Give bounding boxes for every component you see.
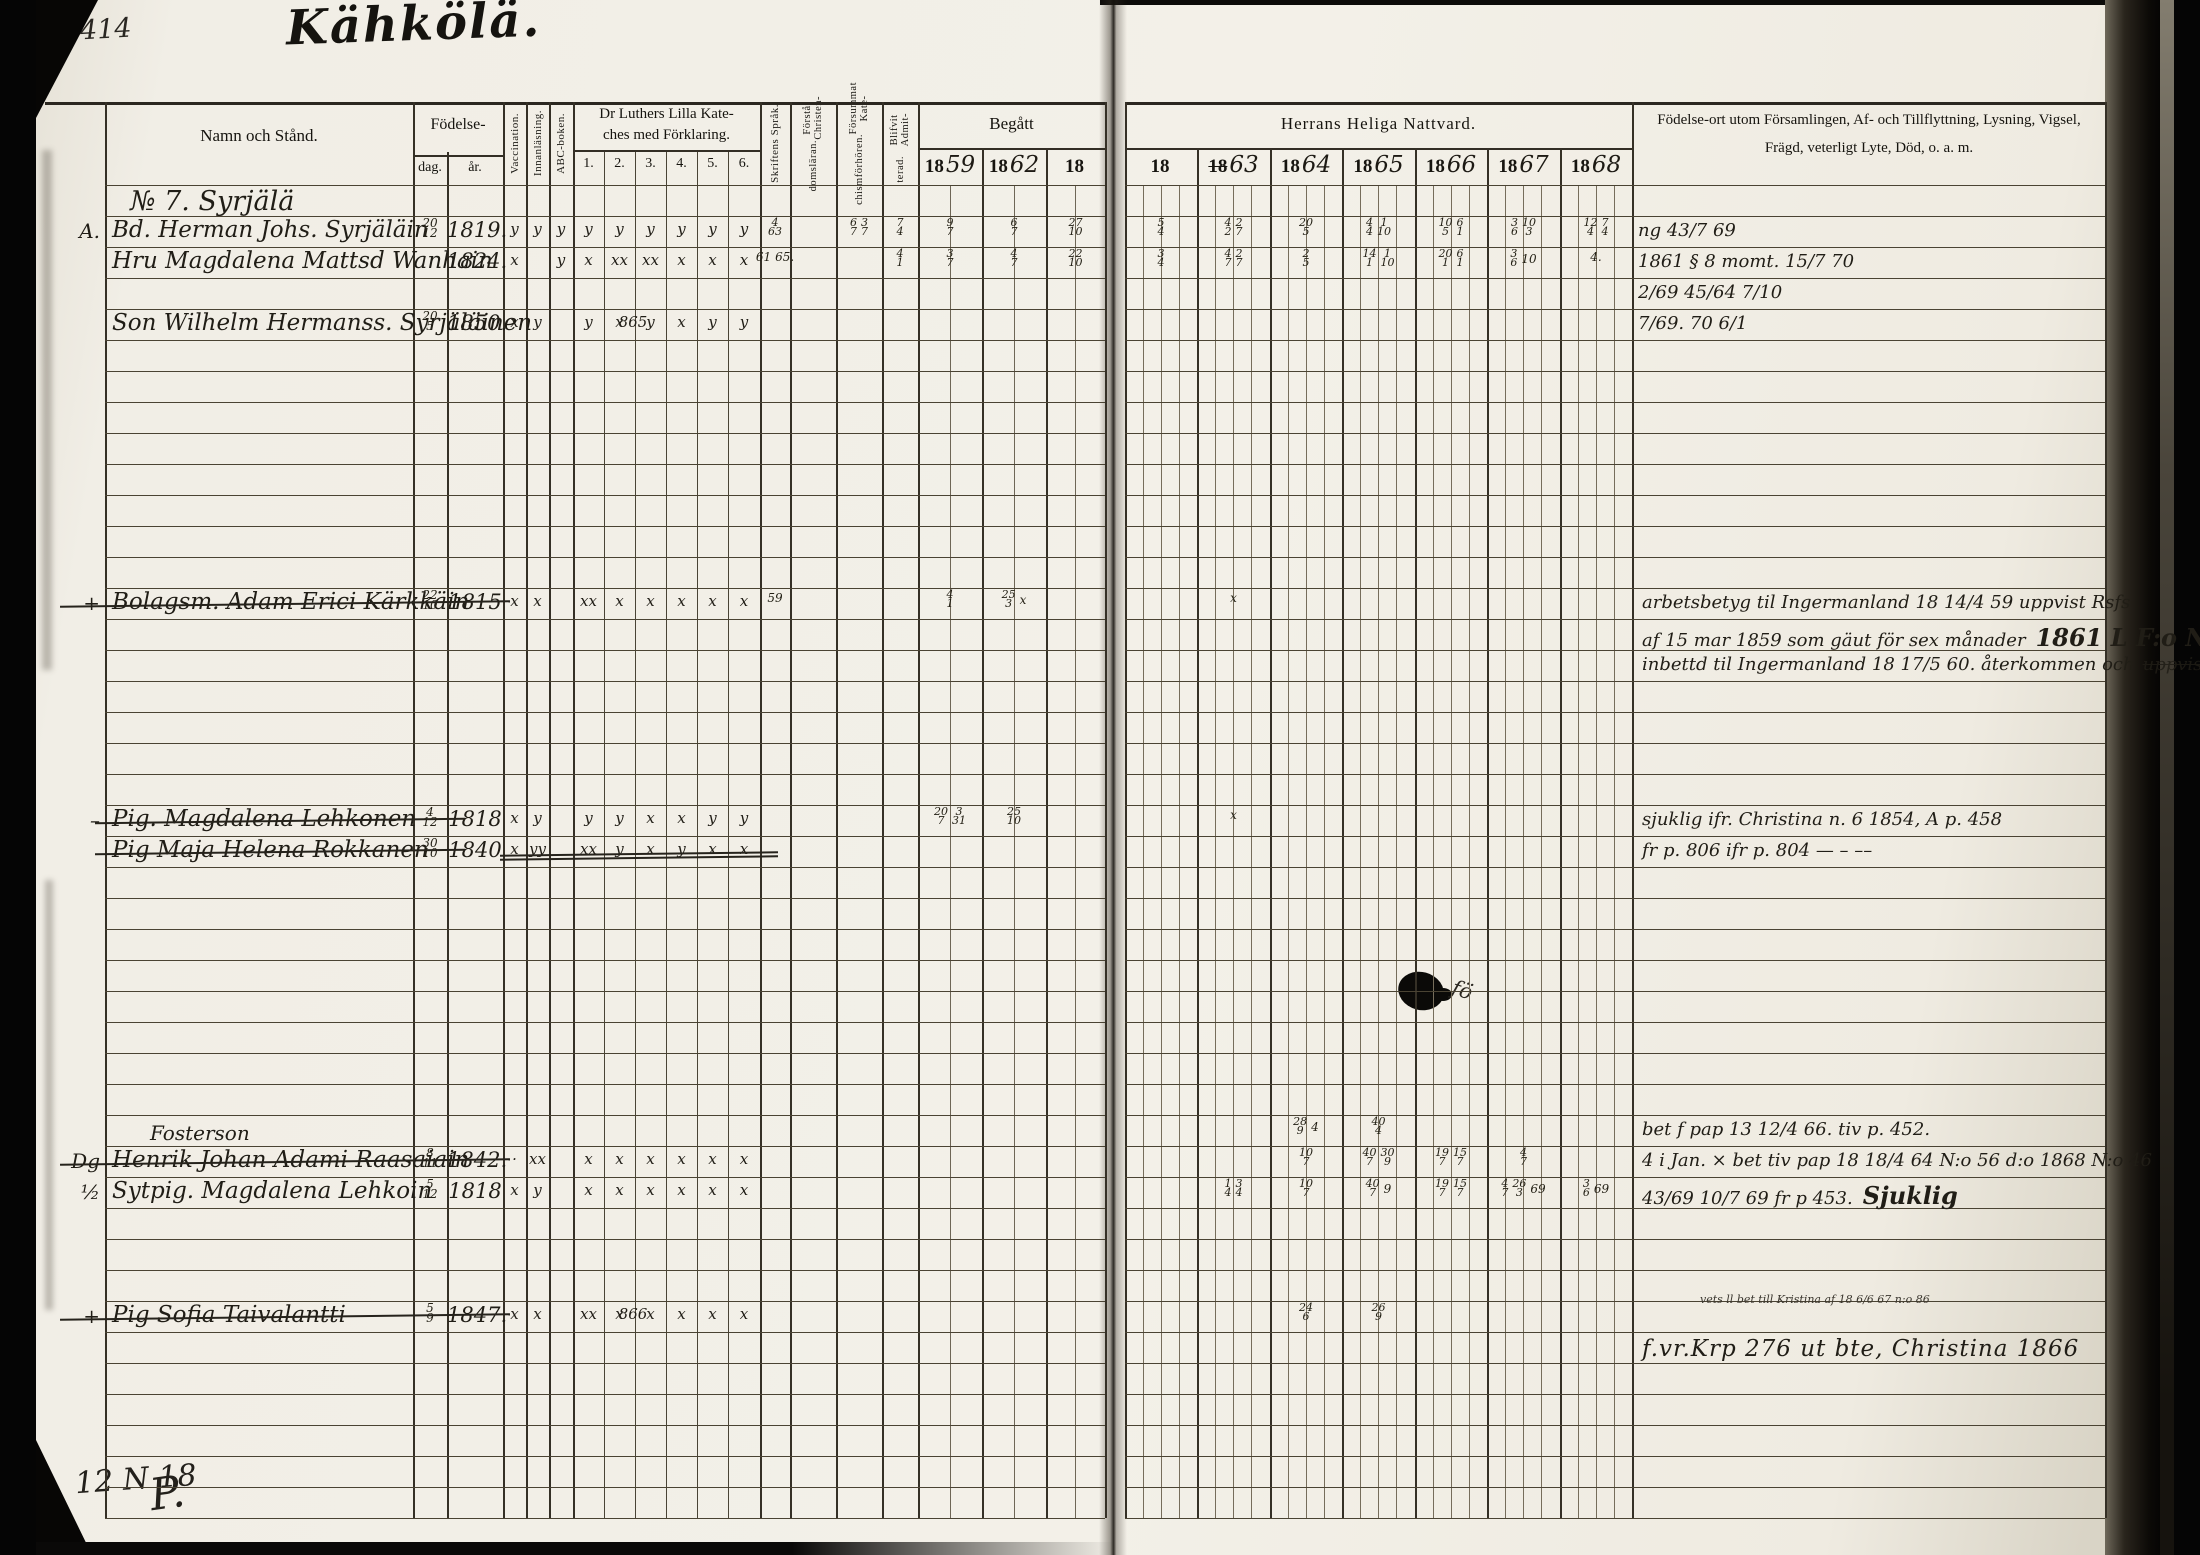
grid-line-horizontal bbox=[105, 1208, 1105, 1209]
entry-birth-year: 1818 bbox=[447, 1179, 503, 1203]
grid-line-vertical bbox=[1046, 148, 1048, 1518]
entry-note: af 15 mar 1859 som gäut för sex månader1… bbox=[1642, 623, 2102, 652]
grid-line-horizontal bbox=[1125, 805, 2105, 806]
entry-mark: y bbox=[526, 220, 549, 238]
entry-begatt: 2710 bbox=[1046, 219, 1105, 237]
entry-mark: x bbox=[604, 1150, 635, 1168]
grid-line-vertical bbox=[790, 102, 792, 1518]
nattvard-year-cell: 1863 bbox=[1197, 150, 1270, 184]
entry-mark: y bbox=[604, 220, 635, 238]
grid-line-horizontal bbox=[1125, 495, 2105, 496]
grid-line-horizontal bbox=[1125, 1146, 2105, 1147]
grid-line-horizontal bbox=[105, 1425, 1105, 1426]
entry-admitterad-note: 74 bbox=[882, 219, 918, 237]
entry-nattvard: 246 bbox=[1270, 1304, 1342, 1322]
column-header-skriftens-sprak: Skriftens Språk. bbox=[760, 104, 790, 183]
nattvard-year-cell: 1867 bbox=[1487, 150, 1560, 184]
grid-line-horizontal bbox=[105, 867, 1105, 868]
grid-line-horizontal bbox=[105, 402, 1105, 403]
grid-line-horizontal bbox=[105, 340, 1105, 341]
grid-line-horizontal bbox=[1125, 929, 2105, 930]
begatt-year-cell: 18 bbox=[1046, 150, 1105, 184]
entry-nattvard: 54 bbox=[1125, 219, 1197, 237]
entry-mark: y bbox=[503, 220, 526, 238]
year-handwritten: 65 bbox=[1374, 152, 1403, 178]
grid-line-horizontal bbox=[1125, 681, 2105, 682]
entry-nattvard: 4227 bbox=[1197, 219, 1270, 237]
entry-mark: x bbox=[666, 1305, 697, 1323]
grid-line-horizontal bbox=[105, 991, 1105, 992]
entry-note: sjuklig ifr. Christina n. 6 1854, A p. 4… bbox=[1642, 809, 2102, 830]
column-header-notes-line2: Frägd, veterligt Lyte, Död, o. a. m. bbox=[1640, 140, 2098, 157]
entry-mark: y bbox=[697, 220, 728, 238]
entry-begatt: 67 bbox=[982, 219, 1046, 237]
entry-mark: x bbox=[503, 1181, 526, 1199]
entry-mark: y bbox=[728, 809, 760, 827]
entry-nattvard: 36103 bbox=[1487, 219, 1560, 237]
grid-line-horizontal bbox=[105, 619, 1105, 620]
entry-mark: xx bbox=[573, 592, 604, 610]
column-header-forsummat-katechismforhoren: Försummat Kate-chismförhören. bbox=[836, 104, 882, 183]
entry-mark: x bbox=[503, 251, 526, 269]
entry-mark: y bbox=[526, 809, 549, 827]
grid-line-horizontal bbox=[1125, 371, 2105, 372]
grid-line-horizontal bbox=[105, 681, 1105, 682]
entry-begatt: 37 bbox=[918, 250, 982, 268]
column-header-vaccination: Vaccination. bbox=[503, 104, 526, 183]
grid-line-horizontal bbox=[1125, 898, 2105, 899]
grid-line-vertical bbox=[1075, 185, 1076, 1518]
page-edge-strip bbox=[2160, 0, 2174, 1555]
grid-line-vertical bbox=[1487, 148, 1489, 1518]
entry-mark: y bbox=[697, 313, 728, 331]
grid-line-horizontal bbox=[105, 712, 1105, 713]
entry-nattvard: 269 bbox=[1342, 1304, 1415, 1322]
grid-line-horizontal bbox=[1125, 1332, 2105, 1333]
entry-note: 2/69 45/64 7/10 bbox=[1638, 282, 2098, 303]
grid-line-vertical bbox=[1632, 102, 1634, 1518]
entry-mark: x bbox=[573, 1181, 604, 1199]
entry-admitterad-note: 41 bbox=[882, 250, 918, 268]
grid-line-horizontal bbox=[1125, 960, 2105, 961]
grid-line-horizontal bbox=[573, 150, 760, 152]
entry-mark: y bbox=[697, 809, 728, 827]
nattvard-year-cell: 1866 bbox=[1415, 150, 1487, 184]
grid-line-vertical bbox=[1161, 185, 1162, 1518]
entry-mark: x bbox=[573, 1150, 604, 1168]
entry-begatt: 207331 bbox=[918, 808, 982, 826]
grid-line-horizontal bbox=[105, 433, 1105, 434]
grid-line-horizontal bbox=[1125, 1270, 2105, 1271]
column-header-abc-boken: ABC-boken. bbox=[549, 104, 573, 183]
grid-line-horizontal bbox=[1125, 991, 2105, 992]
entry-mark: x bbox=[526, 1305, 549, 1323]
scan-bottom-edge bbox=[36, 1542, 1116, 1555]
entry-name: Sytpig. Magdalena Lehkoin bbox=[112, 1178, 432, 1204]
grid-line-horizontal bbox=[105, 1115, 1105, 1116]
year-handwritten: 67 bbox=[1519, 152, 1548, 178]
entry-birth-year: 1819. bbox=[447, 218, 503, 242]
year-printed: 18 bbox=[1571, 156, 1590, 178]
year-printed: 18 bbox=[1281, 156, 1300, 178]
year-printed: 18 bbox=[1065, 156, 1084, 178]
entry-name: Fosterson bbox=[150, 1121, 250, 1145]
entry-birth-year: 1850. bbox=[447, 311, 503, 335]
grid-line-vertical bbox=[1469, 185, 1470, 1518]
entry-mark: y bbox=[635, 220, 666, 238]
entry-mark: x bbox=[666, 313, 697, 331]
entry-begatt: 253x bbox=[982, 591, 1046, 609]
entry-mark: x bbox=[697, 1150, 728, 1168]
entry-mark: xx bbox=[635, 251, 666, 269]
entry-nattvard: x bbox=[1197, 808, 1270, 822]
entry-mark: x bbox=[697, 251, 728, 269]
kateches-subcol-5: 5. bbox=[697, 156, 728, 172]
entry-mark: x bbox=[604, 592, 635, 610]
entry-birth-day: 512 bbox=[413, 1180, 447, 1199]
entry-nattvard: 2894 bbox=[1270, 1118, 1342, 1136]
row-margin-mark: + bbox=[42, 591, 100, 615]
grid-line-horizontal bbox=[1125, 1084, 2105, 1085]
entry-nattvard: 1434 bbox=[1197, 1180, 1270, 1198]
entry-mark: x bbox=[635, 1181, 666, 1199]
entry-mark: y bbox=[549, 251, 573, 269]
grid-line-horizontal bbox=[1125, 1053, 2105, 1054]
entry-mark: y bbox=[666, 840, 697, 858]
row-margin-mark: – bbox=[42, 808, 100, 832]
entry-begatt: 2510 bbox=[982, 808, 1046, 826]
entry-mark: x bbox=[604, 1181, 635, 1199]
grid-line-horizontal bbox=[1125, 340, 2105, 341]
grid-line-vertical bbox=[1251, 185, 1252, 1518]
grid-line-vertical bbox=[1451, 185, 1452, 1518]
grid-line-horizontal bbox=[1125, 278, 2105, 279]
column-header-birth-day: dag. bbox=[413, 160, 447, 176]
begatt-year-cell: 1862 bbox=[982, 150, 1046, 184]
grid-line-horizontal bbox=[1125, 1394, 2105, 1395]
entry-mark: x bbox=[728, 1305, 760, 1323]
entry-begatt: 97 bbox=[918, 219, 982, 237]
grid-line-horizontal bbox=[1125, 464, 2105, 465]
entry-note: arbetsbetyg til Ingermanland 18 14/4 59 … bbox=[1642, 592, 2102, 613]
entry-mark: y bbox=[526, 313, 549, 331]
year-printed: 18 bbox=[925, 156, 944, 178]
entry-nattvard: 404 bbox=[1342, 1118, 1415, 1136]
grid-line-vertical bbox=[1541, 185, 1542, 1518]
grid-line-horizontal bbox=[1125, 1518, 2105, 1519]
begatt-year-cell: 1859 bbox=[918, 150, 982, 184]
grid-line-horizontal bbox=[1125, 1239, 2105, 1240]
entry-nattvard: 197157 bbox=[1415, 1180, 1487, 1198]
grid-line-horizontal bbox=[105, 650, 1105, 651]
grid-line-vertical bbox=[549, 102, 551, 1518]
entry-nattvard: 197157 bbox=[1415, 1149, 1487, 1167]
grid-line-horizontal bbox=[105, 774, 1105, 775]
entry-birth-day: 2012 bbox=[413, 219, 447, 238]
grid-line-horizontal bbox=[1125, 102, 2105, 105]
grid-line-horizontal bbox=[105, 1084, 1105, 1085]
grid-line-horizontal bbox=[105, 371, 1105, 372]
scan-top-edge bbox=[1100, 0, 2105, 5]
entry-note: inbettd til Ingermanland 18 17/5 60. åte… bbox=[1642, 654, 2102, 675]
corner-flourish: P. bbox=[147, 1466, 188, 1521]
nattvard-year-cell: 1868 bbox=[1560, 150, 1632, 184]
grid-line-vertical bbox=[760, 102, 762, 1518]
entry-mark: y bbox=[666, 220, 697, 238]
kateches-subcol-1: 1. bbox=[573, 156, 604, 172]
grid-line-vertical bbox=[1433, 185, 1434, 1518]
grid-line-horizontal bbox=[1125, 588, 2105, 589]
entry-note: fr p. 806 ifr p. 804 — – –– bbox=[1642, 840, 2102, 861]
grid-line-horizontal bbox=[1125, 1487, 2105, 1488]
grid-line-horizontal bbox=[1125, 402, 2105, 403]
kateches-subcol-4: 4. bbox=[666, 156, 697, 172]
entry-mark: x bbox=[728, 1150, 760, 1168]
entry-mark: xx bbox=[604, 251, 635, 269]
entry-name: № 7. Syrjälä bbox=[130, 186, 294, 217]
entry-mark: y bbox=[573, 220, 604, 238]
entry-nattvard: 4727 bbox=[1197, 250, 1270, 268]
entry-mark: x bbox=[635, 1150, 666, 1168]
grid-line-vertical bbox=[1578, 185, 1579, 1518]
entry-mark: xx bbox=[526, 1150, 549, 1168]
grid-line-horizontal bbox=[105, 929, 1105, 930]
grid-line-horizontal bbox=[1125, 1363, 2105, 1364]
entry-mark: x bbox=[503, 809, 526, 827]
entry-nattvard: 47 bbox=[1487, 1149, 1560, 1167]
entry-nattvard: 107 bbox=[1270, 1180, 1342, 1198]
entry-note: 43/69 10/7 69 fr p 453.Sjuklig bbox=[1642, 1181, 2102, 1210]
entry-nattvard: 107 bbox=[1270, 1149, 1342, 1167]
column-header-nattvard: Herrans Heliga Nattvard. bbox=[1125, 114, 1632, 134]
year-handwritten: 64 bbox=[1302, 152, 1331, 178]
grid-line-vertical bbox=[1614, 185, 1615, 1518]
kateches-subcol-2: 2. bbox=[604, 156, 635, 172]
entry-mark: y bbox=[526, 1181, 549, 1199]
nattvard-year-cell: 1865 bbox=[1342, 150, 1415, 184]
entry-nattvard: 34 bbox=[1125, 250, 1197, 268]
entry-note: 7/69. 70 6/1 bbox=[1638, 313, 2098, 334]
entry-mark: x bbox=[526, 592, 549, 610]
entry-skrift-note: 59 bbox=[756, 591, 794, 605]
entry-name: Bd. Herman Johs. Syrjäläin bbox=[112, 217, 429, 243]
page-number: 414 bbox=[79, 13, 132, 47]
entry-nattvard: 407309 bbox=[1342, 1149, 1415, 1167]
grid-line-horizontal bbox=[105, 495, 1105, 496]
grid-line-horizontal bbox=[1125, 526, 2105, 527]
grid-line-vertical bbox=[1596, 185, 1597, 1518]
year-handwritten: 62 bbox=[1010, 152, 1039, 178]
column-header-blifvit-admitterad: Blifvit Admit-terad. bbox=[882, 104, 918, 183]
grid-line-horizontal bbox=[1125, 743, 2105, 744]
grid-line-horizontal bbox=[105, 1053, 1105, 1054]
row-margin-mark: + bbox=[42, 1304, 100, 1328]
entry-note: bet f pap 13 12/4 66. tiv p. 452. bbox=[1642, 1119, 2102, 1140]
grid-line-horizontal bbox=[105, 526, 1105, 527]
grid-line-horizontal bbox=[1125, 433, 2105, 434]
entry-mark: x bbox=[666, 592, 697, 610]
entry-nattvard: 12474 bbox=[1560, 219, 1632, 237]
entry-begatt: 41 bbox=[918, 591, 982, 609]
entry-nattvard: 141110 bbox=[1342, 250, 1415, 268]
grid-line-horizontal bbox=[105, 960, 1105, 961]
entry-note: ng 43/7 69 bbox=[1638, 220, 2098, 241]
entry-skrift-note: 6165. bbox=[756, 250, 794, 264]
grid-line-vertical bbox=[1197, 148, 1199, 1518]
grid-line-horizontal bbox=[1125, 1456, 2105, 1457]
entry-mark: x bbox=[503, 313, 526, 331]
year-printed: 18 bbox=[989, 156, 1008, 178]
entry-nattvard: 10561 bbox=[1415, 219, 1487, 237]
grid-line-horizontal bbox=[105, 1022, 1105, 1023]
grid-line-vertical bbox=[1105, 102, 1107, 1518]
entry-note: f.vr.Krp 276 ut bte, Christina 1866 bbox=[1642, 1336, 2102, 1362]
entry-mark: x bbox=[666, 1150, 697, 1168]
grid-line-horizontal bbox=[1125, 1022, 2105, 1023]
year-printed: 18 bbox=[1208, 156, 1227, 178]
column-header-innanlasning: Innanläsning. bbox=[526, 104, 549, 183]
grid-line-horizontal bbox=[105, 1363, 1105, 1364]
grid-line-horizontal bbox=[1125, 619, 2105, 620]
grid-line-horizontal bbox=[105, 557, 1105, 558]
entry-nattvard: 3610 bbox=[1487, 250, 1560, 268]
grid-line-vertical bbox=[982, 148, 984, 1518]
grid-line-vertical bbox=[1014, 185, 1015, 1518]
entry-mark: x bbox=[635, 592, 666, 610]
entry-nattvard: 4079 bbox=[1342, 1180, 1415, 1198]
entry-mark: x bbox=[697, 592, 728, 610]
entry-note: 1861 § 8 momt. 15/7 70 bbox=[1638, 251, 2098, 272]
grid-line-horizontal bbox=[1125, 712, 2105, 713]
entry-mark: x bbox=[666, 251, 697, 269]
entry-mark: x bbox=[697, 1181, 728, 1199]
grid-line-horizontal bbox=[1125, 774, 2105, 775]
grid-line-vertical bbox=[1179, 185, 1180, 1518]
entry-begatt: 2210 bbox=[1046, 250, 1105, 268]
column-header-begatt: Begått bbox=[918, 114, 1105, 134]
entry-mark: y bbox=[604, 809, 635, 827]
grid-line-horizontal bbox=[1125, 836, 2105, 837]
grid-line-vertical bbox=[2105, 102, 2107, 1518]
year-handwritten: 63 bbox=[1229, 152, 1258, 178]
grid-line-vertical bbox=[1415, 148, 1417, 1518]
grid-line-horizontal bbox=[1125, 867, 2105, 868]
year-printed: 18 bbox=[1426, 156, 1445, 178]
grid-line-horizontal bbox=[1125, 1425, 2105, 1426]
year-printed: 18 bbox=[1151, 156, 1170, 178]
grid-line-horizontal bbox=[105, 1332, 1105, 1333]
entry-name: Hru Magdalena Mattsd Wanhain bbox=[112, 248, 493, 274]
grid-line-horizontal bbox=[105, 1487, 1105, 1488]
entry-nattvard: 4. bbox=[1560, 250, 1632, 264]
grid-line-vertical bbox=[105, 102, 107, 1518]
grid-line-vertical bbox=[1233, 185, 1234, 1518]
entry-mark: x bbox=[666, 1181, 697, 1199]
entry-nattvard: x bbox=[1197, 591, 1270, 605]
year-handwritten: 66 bbox=[1447, 152, 1476, 178]
grid-line-horizontal bbox=[1125, 1177, 2105, 1178]
row-margin-mark: Dg bbox=[42, 1149, 100, 1173]
nattvard-year-cell: 1864 bbox=[1270, 150, 1342, 184]
grid-line-horizontal bbox=[105, 278, 1105, 279]
entry-note-small: vets ll bet till Kristina af 18 6/6 67 n… bbox=[1700, 1293, 1930, 1306]
scanned-parish-register-page: 414 Kähkölä. Namn och Stånd. Födelse- da… bbox=[0, 0, 2200, 1555]
nattvard-year-cell: 18 bbox=[1125, 150, 1197, 184]
grid-line-vertical bbox=[1560, 148, 1562, 1518]
entry-birth-year: 1824. bbox=[447, 249, 503, 273]
column-header-birth-year: år. bbox=[447, 160, 503, 176]
grid-line-horizontal bbox=[413, 155, 503, 157]
entry-nattvard: 205 bbox=[1270, 219, 1342, 237]
page-edge-shadow bbox=[2105, 0, 2160, 1555]
grid-line-horizontal bbox=[105, 464, 1105, 465]
grid-line-horizontal bbox=[105, 1239, 1105, 1240]
grid-line-vertical bbox=[1215, 185, 1216, 1518]
entry-birth-day: 205 bbox=[413, 312, 447, 331]
grid-line-horizontal bbox=[105, 1456, 1105, 1457]
entry-mark: y bbox=[573, 809, 604, 827]
grid-line-horizontal bbox=[1125, 309, 2105, 310]
kateches-subcol-3: 3. bbox=[635, 156, 666, 172]
scan-smudge bbox=[45, 880, 53, 1310]
grid-line-horizontal bbox=[1125, 557, 2105, 558]
row-margin-mark: A. bbox=[42, 219, 100, 243]
grid-line-horizontal bbox=[105, 1394, 1105, 1395]
grid-line-vertical bbox=[950, 185, 951, 1518]
grid-line-horizontal bbox=[1125, 185, 2105, 186]
entry-mark: x bbox=[635, 840, 666, 858]
grid-line-vertical bbox=[1143, 185, 1144, 1518]
grid-line-horizontal bbox=[1125, 1115, 2105, 1116]
grid-line-horizontal bbox=[1125, 1301, 2105, 1302]
page-title: Kähkölä. bbox=[285, 0, 542, 56]
column-header-birth: Födelse- bbox=[413, 116, 503, 134]
column-header-notes-line1: Födelse-ort utom Församlingen, Af- och T… bbox=[1640, 112, 2098, 129]
grid-line-horizontal bbox=[105, 1518, 1105, 1519]
entry-mark: y bbox=[728, 313, 760, 331]
entry-mark: x bbox=[728, 1181, 760, 1199]
grid-line-vertical bbox=[882, 102, 884, 1518]
entry-mark: x bbox=[635, 809, 666, 827]
entry-skrift-note: 463 bbox=[756, 219, 794, 237]
grid-line-horizontal bbox=[105, 1270, 1105, 1271]
entry-mark: y bbox=[549, 220, 573, 238]
grid-line-horizontal bbox=[1125, 247, 2105, 248]
grid-line-vertical bbox=[836, 102, 838, 1518]
entry-mark: x bbox=[573, 251, 604, 269]
row-margin-mark: ½ bbox=[42, 1180, 100, 1204]
year-printed: 18 bbox=[1498, 156, 1517, 178]
column-header-kateches-line1: Dr Luthers Lilla Kate- bbox=[573, 106, 760, 123]
grid-line-vertical bbox=[1523, 185, 1524, 1518]
kateches-subcol-6: 6. bbox=[728, 156, 760, 172]
entry-mid-note: 865 bbox=[598, 313, 668, 331]
column-header-forstar-christendomslaran: Förstår Christen-domsläran. bbox=[790, 104, 836, 183]
grid-line-vertical bbox=[1505, 185, 1506, 1518]
grid-line-vertical bbox=[1125, 102, 1127, 1518]
entry-note: 4 i Jan. × bet tiv pap 18 18/4 64 N:o 56… bbox=[1642, 1150, 2102, 1171]
entry-nattvard: 3669 bbox=[1560, 1180, 1632, 1198]
entry-mark: x bbox=[697, 1305, 728, 1323]
year-handwritten: 68 bbox=[1592, 152, 1621, 178]
entry-nattvard: 44110 bbox=[1342, 219, 1415, 237]
entry-begatt: 47 bbox=[982, 250, 1046, 268]
entry-nattvard: 25 bbox=[1270, 250, 1342, 268]
column-header-name: Namn och Stånd. bbox=[105, 126, 413, 146]
year-handwritten: 59 bbox=[946, 152, 975, 178]
entry-mid-note: 866 bbox=[598, 1305, 668, 1323]
column-header-kateches-line2: ches med Förklaring. bbox=[573, 127, 760, 144]
